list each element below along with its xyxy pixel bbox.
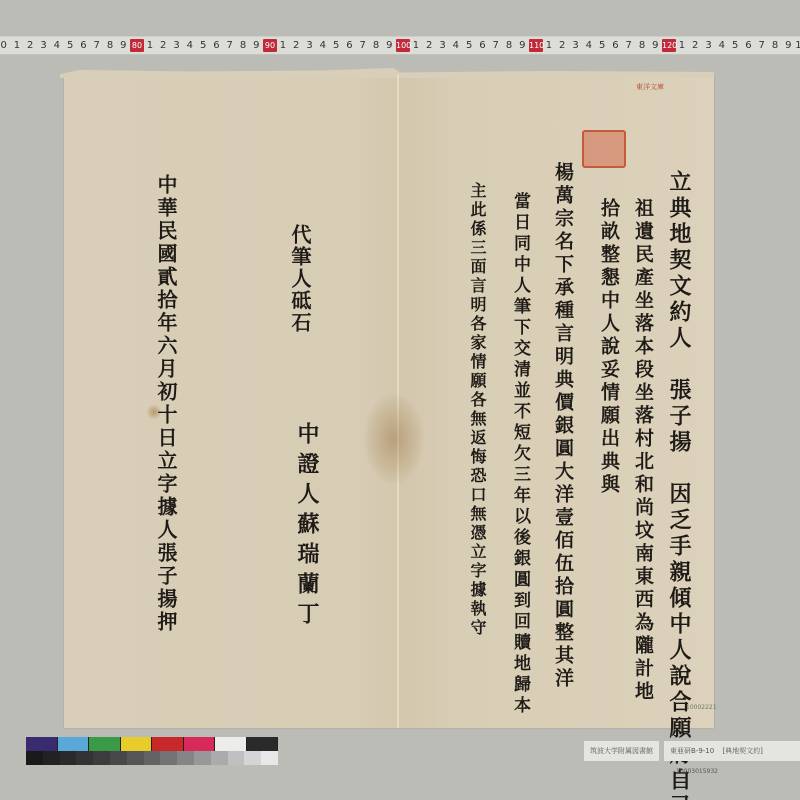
contract-column-3: 拾畝整懇中人說妥情願出典與 (596, 198, 623, 618)
ruler-tick: 0 (0, 37, 10, 54)
gray-step-swatch (127, 751, 144, 765)
ruler-tick: 5 (64, 37, 77, 54)
call-number-label: 東亜研B-9-10 [典地契文約] 10003015932 (664, 741, 800, 761)
gray-step-swatch (60, 751, 77, 765)
color-swatch (121, 737, 152, 751)
ruler-tick: 3 (569, 37, 582, 54)
contract-column-6: 主此係三面言明各家情願各無返悔恐口無憑立字據執守 (466, 182, 489, 712)
gray-step-swatch (93, 751, 110, 765)
ruler-tick: 90 (263, 39, 277, 52)
ruler-tick: 9 (649, 37, 662, 54)
gray-step-swatch (177, 751, 194, 765)
ruler-tick: 7 (90, 37, 103, 54)
color-swatch (215, 737, 246, 751)
ruler-tick: 7 (223, 37, 236, 54)
ruler-tick: 1 (276, 37, 289, 54)
ruler-tick: 1 (675, 37, 688, 54)
color-swatch (152, 737, 183, 751)
ruler-tick: 7 (755, 37, 768, 54)
ruler-tick: 2 (24, 37, 37, 54)
color-swatch (247, 737, 278, 751)
ruler-tick: 7 (356, 37, 369, 54)
contract-column-4: 楊萬宗名下承種言明典價銀圓大洋壹佰伍拾圓整其洋 (550, 162, 577, 722)
color-swatch (26, 737, 57, 751)
ruler-tick: 9 (383, 37, 396, 54)
ruler-tick: 9 (250, 37, 263, 54)
ruler-tick: 3 (37, 37, 50, 54)
gray-step-swatch (110, 751, 127, 765)
ruler-tick: 4 (50, 37, 63, 54)
ruler-tick: 5 (463, 37, 476, 54)
ruler-tick: 9 (782, 37, 795, 54)
ruler-tick: 110 (529, 39, 543, 52)
contract-column-2: 祖遺民產坐落本段坐落村北和尚坟南東西為隴計地 (630, 198, 657, 698)
gray-step-swatch (228, 751, 245, 765)
ruler-tick: 1 (10, 37, 23, 54)
gray-step-swatch (160, 751, 177, 765)
gray-step-swatch (144, 751, 161, 765)
ruler-tick: 6 (77, 37, 90, 54)
ruler-tick: 7 (489, 37, 502, 54)
measurement-ruler: 0123456789801234567899012345678910012345… (0, 36, 800, 55)
color-calibration-chart (26, 737, 278, 765)
ruler-tick: 8 (369, 37, 382, 54)
ruler-tick: 2 (689, 37, 702, 54)
ruler-tick: 5 (729, 37, 742, 54)
call-number: 東亜研B-9-10 (670, 747, 714, 755)
contract-document: 東洋文庫 立典地契文約人 張子揚 因乏手親傾中人說合願將自己 祖遺民產坐落本段坐… (64, 74, 714, 728)
gray-step-swatch (261, 751, 278, 765)
gray-step-swatch (244, 751, 261, 765)
ruler-tick: 7 (622, 37, 635, 54)
gray-step-swatch (194, 751, 211, 765)
ruler-tick: 6 (343, 37, 356, 54)
scribe-signature: 代筆人砥石 (286, 224, 315, 334)
contract-column-1: 立典地契文約人 張子揚 因乏手親傾中人說合願將自己 (664, 170, 695, 690)
ruler-tick: 3 (702, 37, 715, 54)
color-swatch (184, 737, 215, 751)
ruler-tick: 8 (768, 37, 781, 54)
ruler-tick: 9 (516, 37, 529, 54)
ruler-tick: 2 (556, 37, 569, 54)
water-stain (364, 394, 424, 484)
ruler-tick: 6 (210, 37, 223, 54)
ruler-tick: 6 (609, 37, 622, 54)
ruler-tick: 4 (183, 37, 196, 54)
ruler-tick: 3 (170, 37, 183, 54)
catalog-number: 10002221 (686, 704, 717, 711)
color-swatch (58, 737, 89, 751)
ruler-tick: 4 (582, 37, 595, 54)
witness-signature: 中證人蘇瑞蘭丁 (292, 422, 323, 632)
ruler-tick: 2 (290, 37, 303, 54)
gray-step-swatch (211, 751, 228, 765)
ruler-tick: 4 (316, 37, 329, 54)
ruler-tick: 1 (542, 37, 555, 54)
barcode-number: 10003015932 (676, 768, 718, 775)
ruler-tick: 3 (303, 37, 316, 54)
ruler-tick: 13 (795, 37, 800, 54)
ruler-tick: 100 (396, 39, 410, 52)
ruler-tick: 4 (449, 37, 462, 54)
ruler-tick: 1 (143, 37, 156, 54)
ruler-tick: 2 (423, 37, 436, 54)
ruler-tick: 1 (409, 37, 422, 54)
ruler-tick: 5 (197, 37, 210, 54)
gray-step-swatch (76, 751, 93, 765)
ruler-tick: 9 (117, 37, 130, 54)
ruler-tick: 120 (662, 39, 676, 52)
ruler-tick: 8 (635, 37, 648, 54)
ruler-tick: 5 (596, 37, 609, 54)
ruler-tick: 3 (436, 37, 449, 54)
ruler-tick: 80 (130, 39, 144, 52)
ruler-tick: 6 (742, 37, 755, 54)
ruler-tick: 8 (103, 37, 116, 54)
ruler-tick: 8 (502, 37, 515, 54)
gray-step-swatch (26, 751, 43, 765)
ruler-tick: 2 (157, 37, 170, 54)
ruler-tick: 6 (476, 37, 489, 54)
date-and-signatory: 中華民國貳拾年六月初十日立字據人張子揚押 (152, 174, 181, 634)
library-label: 筑波大学附属図書館 (584, 741, 659, 761)
red-seal-stamp-icon (582, 130, 626, 168)
gray-step-swatch (43, 751, 60, 765)
contract-column-5: 當日同中人筆下交清並不短欠三年以後銀圓到回贖地歸本 (508, 192, 533, 712)
ruler-tick: 4 (715, 37, 728, 54)
color-swatch (89, 737, 120, 751)
ruler-tick: 8 (236, 37, 249, 54)
library-stamp-text: 東洋文庫 (636, 82, 664, 92)
ruler-tick: 5 (330, 37, 343, 54)
document-title: [典地契文約] (722, 747, 762, 755)
